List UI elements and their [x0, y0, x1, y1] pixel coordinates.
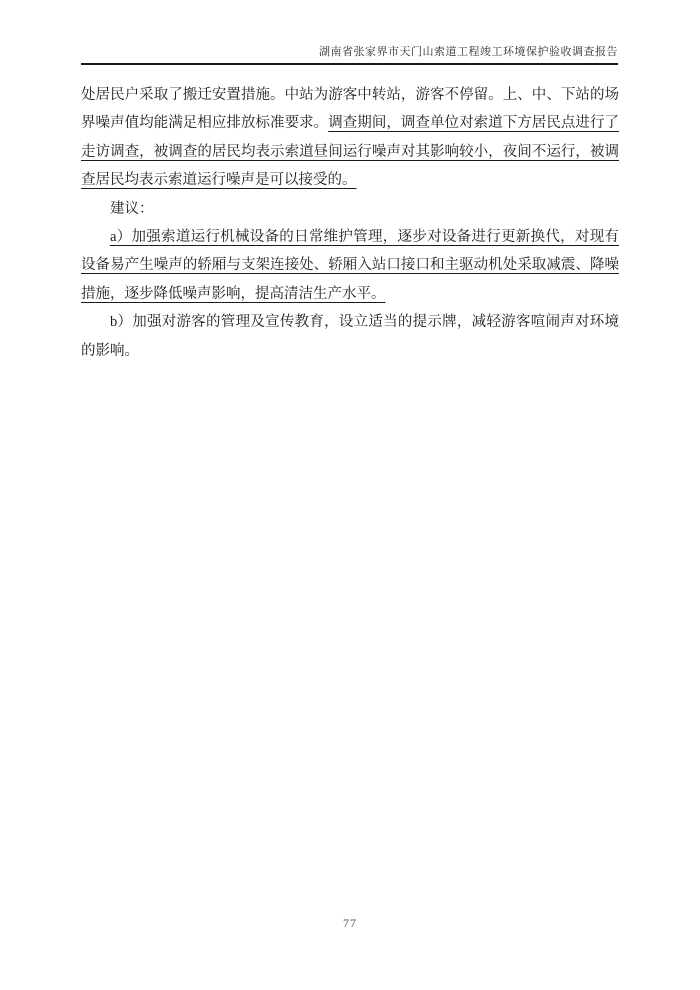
paragraph-suggestions-heading: 建议：	[81, 195, 619, 223]
document-page: 湖南省张家界市天门山索道工程竣工环境保护验收调查报告 处居民户采取了搬迁安置措施…	[0, 0, 700, 990]
document-body: 处居民户采取了搬迁安置措施。中站为游客中转站，游客不停留。上、中、下站的场界噪声…	[81, 81, 619, 365]
header-title: 湖南省张家界市天门山索道工程竣工环境保护验收调查报告	[81, 0, 618, 59]
page-footer: 77	[0, 914, 700, 932]
paragraph-text: b）加强对游客的管理及宣传教育，设立适当的提示牌，减轻游客喧闹声对环境的影响。	[81, 314, 619, 358]
underlined-text: a）加强索道运行机械设备的日常维护管理，逐步对设备进行更新换代，对现有设备易产生…	[81, 229, 619, 302]
page-header: 湖南省张家界市天门山索道工程竣工环境保护验收调查报告	[81, 0, 618, 65]
header-rule	[81, 63, 618, 65]
page-number: 77	[343, 916, 357, 930]
paragraph-suggestion-a: a）加强索道运行机械设备的日常维护管理，逐步对设备进行更新换代，对现有设备易产生…	[81, 223, 619, 308]
paragraph-text: 建议：	[110, 201, 154, 217]
paragraph-noise-survey: 处居民户采取了搬迁安置措施。中站为游客中转站，游客不停留。上、中、下站的场界噪声…	[81, 81, 619, 195]
paragraph-suggestion-b: b）加强对游客的管理及宣传教育，设立适当的提示牌，减轻游客喧闹声对环境的影响。	[81, 308, 619, 365]
